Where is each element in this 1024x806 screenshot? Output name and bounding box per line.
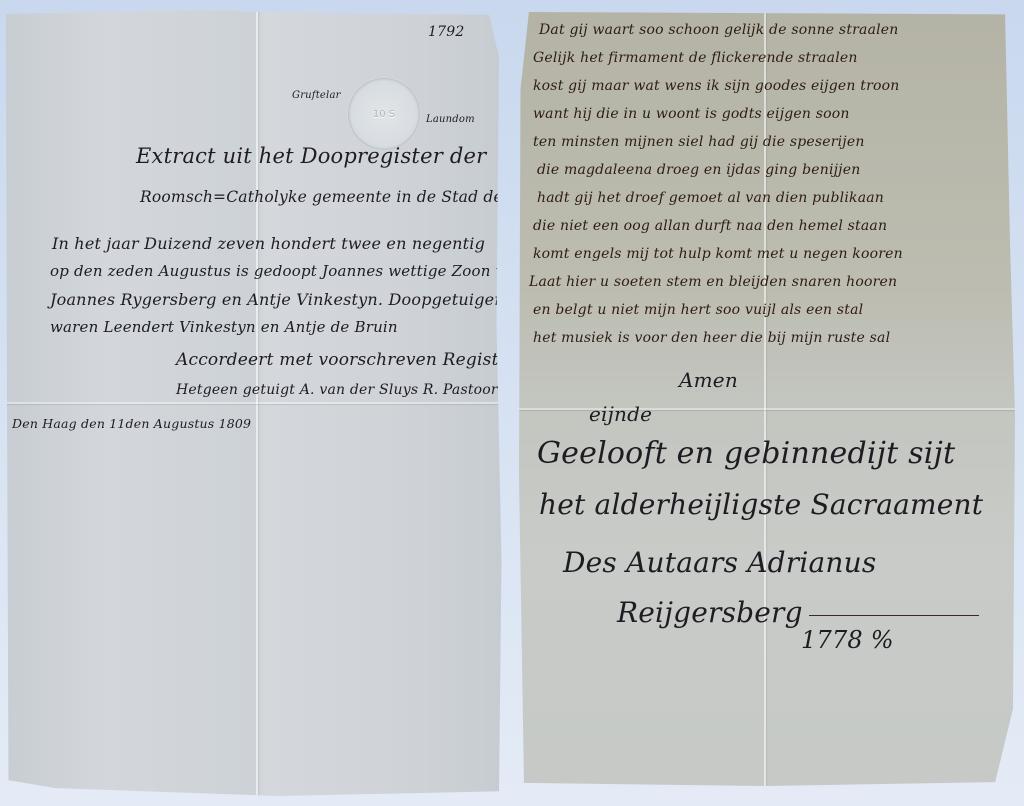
closing-line-3: Des Autaars Adrianus xyxy=(563,546,876,579)
document-title-line-1: Extract uit het Doopregister der xyxy=(136,144,486,168)
attestation-line-2: Hetgeen getuigt A. van der Sluys R. Past… xyxy=(176,382,498,398)
verse-line-9: komt engels mij tot hulp komt met u nege… xyxy=(533,246,903,262)
seal-value: 10 S xyxy=(373,109,395,120)
signature-left: Gruftelar xyxy=(292,90,341,101)
closing-line-2: het alderheijligste Sacraament xyxy=(539,488,983,521)
verse-line-3: kost gij maar wat wens ik sijn goodes ei… xyxy=(533,78,899,94)
body-line-2: op den zeden Augustus is gedoopt Joannes… xyxy=(50,262,523,280)
verse-line-7: hadt gij het droef gemoet al van dien pu… xyxy=(537,190,884,206)
body-line-4: waren Leendert Vinkestyn en Antje de Bru… xyxy=(50,318,398,336)
document-title-line-2: Roomsch=Catholyke gemeente in de Stad de… xyxy=(140,188,561,206)
horizontal-fold xyxy=(6,402,504,404)
verse-line-2: Gelijk het firmament de flickerende stra… xyxy=(533,50,858,66)
eynde-text: eijnde xyxy=(589,402,652,426)
verse-line-10: Laat hier u soeten stem en bleijden snar… xyxy=(529,274,897,290)
verse-line-5: ten minsten mijnen siel had gij die spes… xyxy=(533,134,865,150)
baptism-extract-sheet: 1792 Gruftelar 10 S Laundom Extract uit … xyxy=(6,10,504,796)
closing-line-1: Geelooft en gebinnedijt sijt xyxy=(537,436,955,471)
attestation-line-1: Accordeert met voorschreven Register xyxy=(176,350,517,370)
verse-line-11: en belgt u niet mijn hert soo vuijl als … xyxy=(533,302,863,318)
verse-line-6: die magdaleena droeg en ijdas ging benij… xyxy=(537,162,860,178)
year-note: 1792 xyxy=(428,24,464,40)
body-line-3: Joannes Rygersberg en Antje Vinkestyn. D… xyxy=(50,290,505,309)
devotional-verse-sheet: Dat gij waart soo schoon gelijk de sonne… xyxy=(519,12,1015,786)
verse-line-8: die niet een oog allan durft naa den hem… xyxy=(533,218,887,234)
amen-text: Amen xyxy=(679,368,738,392)
flourish-rule xyxy=(809,615,979,616)
date-mark: 1778 % xyxy=(801,626,894,654)
place-date: Den Haag den 11den Augustus 1809 xyxy=(12,416,251,431)
vertical-fold xyxy=(764,12,766,786)
verse-line-12: het musiek is voor den heer die bij mijn… xyxy=(533,330,890,346)
embossed-seal-icon: 10 S xyxy=(348,78,420,150)
signature-right: Laundom xyxy=(426,114,475,125)
closing-line-4: Reijgersberg xyxy=(617,596,803,629)
body-line-1: In het jaar Duizend zeven hondert twee e… xyxy=(52,234,485,253)
verse-line-4: want hij die in u woont is godts eijgen … xyxy=(533,106,850,122)
verse-line-1: Dat gij waart soo schoon gelijk de sonne… xyxy=(539,22,899,38)
